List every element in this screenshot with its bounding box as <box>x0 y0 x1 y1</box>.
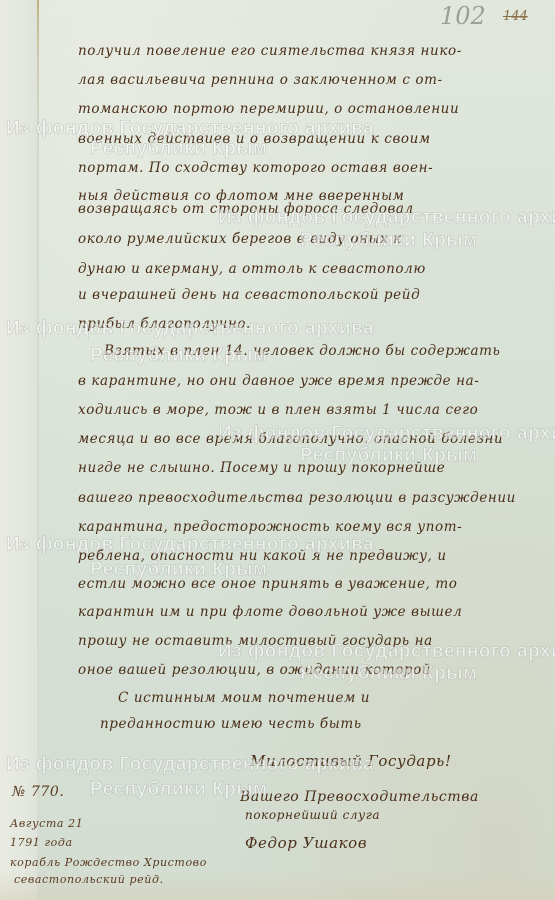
body-line: месяца и во все время благополучно. опас… <box>78 431 548 447</box>
body-line: получил повеление его сиятельства князя … <box>78 43 548 59</box>
signature-servant: покорнейший слуга <box>245 808 380 822</box>
body-line: карантина, предосторожность коему вся уп… <box>78 519 548 535</box>
body-line: в карантине, но они давное уже время пре… <box>78 373 548 389</box>
page-fold-line <box>37 0 39 900</box>
note-date: Августа 21 <box>10 817 83 830</box>
body-line: портам. По сходству которого оставя воен… <box>78 160 548 176</box>
body-line: возвращаясь от стороны фороса следовал <box>78 201 548 217</box>
note-year: 1791 года <box>10 836 73 849</box>
closing-line: преданностию имею честь быть <box>100 716 362 732</box>
note-place: корабль Рождество Христово <box>10 856 207 869</box>
body-line: оное вашей резолюции, в ожидании которой <box>78 662 548 678</box>
body-line: прошу не оставить милостивый государь на <box>78 633 548 649</box>
body-line: реблена, опасности ни какой я не предвиж… <box>78 548 548 564</box>
body-line: естли можно все оное принять в уважение,… <box>78 576 548 592</box>
closing-line: С истинным моим почтением и <box>118 690 370 706</box>
signature-title: Вашего Превосходительства <box>240 789 479 805</box>
body-line: и вчерашней день на севастопольской рейд <box>78 287 548 303</box>
folio-number: 102 <box>440 2 486 30</box>
document-number: № 770. <box>12 784 64 800</box>
signature-name: Федор Ушаков <box>245 834 367 852</box>
note-place: севастопольский рейд. <box>14 873 164 886</box>
document-page: 102 144 получил повеление его сиятельств… <box>0 0 555 900</box>
body-line: около румелийских берегов в виду оных к <box>78 231 548 247</box>
body-line: военных действиев и о возвращении к свои… <box>78 131 548 147</box>
body-line: Взятых в плен 14. человек должно бы соде… <box>104 343 554 359</box>
body-line: вашего превосходительства резолюции в ра… <box>78 490 548 506</box>
body-line: карантин им и при флоте довольной уже вы… <box>78 604 548 620</box>
body-line: лая васильевича репнина о заключенном с … <box>78 72 548 88</box>
body-line: томанскою портою перемирии, о остановлен… <box>78 101 548 117</box>
left-margin <box>0 0 38 900</box>
body-line: прибыл благополучно. <box>78 316 548 332</box>
body-line: ходились в море, тож и в плен взяты 1 чи… <box>78 402 548 418</box>
salutation: Милостивый Государь! <box>250 752 452 770</box>
body-line: дунаю и акерману, а оттоль к севастополю <box>78 261 548 277</box>
body-line: нигде не слышно. Посему и прошу покорней… <box>78 460 548 476</box>
folio-number-old: 144 <box>503 9 528 24</box>
